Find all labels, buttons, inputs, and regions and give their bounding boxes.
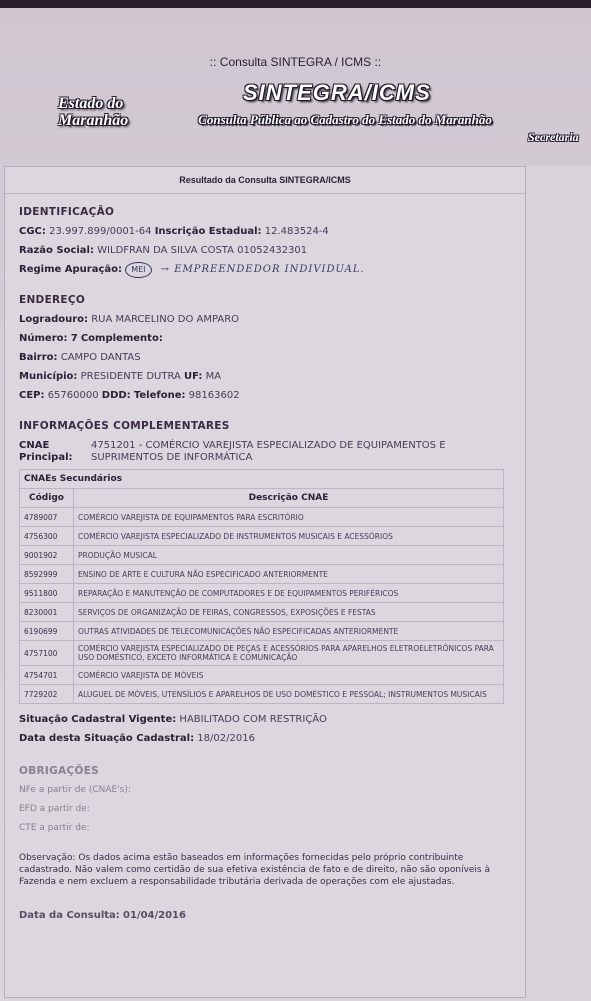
cnae-code: 9511800: [20, 584, 74, 603]
situacao-data-label: Data desta Situação Cadastral:: [19, 733, 194, 744]
complemento-label: Complemento:: [81, 333, 163, 344]
cnae-description: OUTRAS ATIVIDADES DE TELECOMUNICAÇÕES NÃ…: [74, 622, 504, 641]
razao-value: WILDFRAN DA SILVA COSTA 01052432301: [97, 245, 307, 256]
col-codigo: Código: [20, 489, 74, 508]
logradouro-value: RUA MARCELINO DO AMPARO: [91, 314, 239, 325]
municipio-label: Município:: [19, 371, 77, 382]
cgc-row: CGC: 23.997.899/0001-64 Inscrição Estadu…: [19, 222, 514, 241]
cnae-description: COMÉRCIO VAREJISTA DE EQUIPAMENTOS PARA …: [74, 508, 504, 527]
situacao-label: Situação Cadastral Vigente:: [19, 714, 176, 725]
telefone-label: Telefone:: [134, 390, 186, 401]
cnae-code: 6190699: [20, 622, 74, 641]
page-subtitle: Consulta Pública ao Cadastro do Estado d…: [165, 112, 525, 127]
ie-label: Inscrição Estadual:: [155, 226, 262, 237]
secretaria-link[interactable]: Secretaria: [528, 130, 579, 145]
ddd-label: DDD:: [102, 390, 131, 401]
cnae-code: 8592999: [20, 565, 74, 584]
data-consulta-row: Data da Consulta: 01/04/2016: [19, 906, 514, 925]
consulta-title: :: Consulta SINTEGRA / ICMS ::: [0, 55, 591, 69]
top-edge: [0, 0, 591, 8]
ie-value: 12.483524-4: [265, 226, 329, 237]
cnae-secundarios-title: CNAEs Secundários: [20, 470, 504, 489]
cnae-code: 4757100: [20, 641, 74, 666]
table-row: 9511800REPARAÇÃO E MANUTENÇÃO DE COMPUTA…: [20, 584, 504, 603]
municipio-value: PRESIDENTE DUTRA: [81, 371, 181, 382]
cnae-principal-value: 4751201 - COMÉRCIO VAREJISTA ESPECIALIZA…: [91, 440, 501, 464]
cgc-label: CGC:: [19, 226, 46, 237]
cnae-description: SERVIÇOS DE ORGANIZAÇÃO DE FEIRAS, CONGR…: [74, 603, 504, 622]
situacao-value: HABILITADO COM RESTRIÇÃO: [179, 714, 326, 725]
col-descricao: Descrição CNAE: [74, 489, 504, 508]
result-content: IDENTIFICAÇÃO CGC: 23.997.899/0001-64 In…: [19, 203, 514, 925]
table-row: 4757100COMÉRCIO VAREJISTA ESPECIALIZADO …: [20, 641, 504, 666]
situacao-data-row: Data desta Situação Cadastral: 18/02/201…: [19, 729, 514, 748]
situacao-row: Situação Cadastral Vigente: HABILITADO C…: [19, 710, 514, 729]
numero-row: Número: 7 Complemento:: [19, 329, 514, 348]
bairro-label: Bairro:: [19, 352, 58, 363]
cnae-principal-label-2: Principal:: [19, 452, 91, 464]
table-row: 6190699OUTRAS ATIVIDADES DE TELECOMUNICA…: [20, 622, 504, 641]
cnae-rows: 4789007COMÉRCIO VAREJISTA DE EQUIPAMENTO…: [20, 508, 504, 704]
cnae-description: COMÉRCIO VAREJISTA ESPECIALIZADO DE PEÇA…: [74, 641, 504, 666]
cnae-description: PRODUÇÃO MUSICAL: [74, 546, 504, 565]
cnae-secundarios-table: CNAEs Secundários Código Descrição CNAE …: [19, 469, 504, 704]
efd-row: EFD a partir de:: [19, 800, 514, 819]
table-row: 4754701COMÉRCIO VAREJISTA DE MÓVEIS: [20, 666, 504, 685]
table-row: 4756300COMÉRCIO VAREJISTA ESPECIALIZADO …: [20, 527, 504, 546]
result-title: Resultado da Consulta SINTEGRA/ICMS: [5, 167, 525, 194]
cgc-value: 23.997.899/0001-64: [49, 226, 151, 237]
observacao-text: Observação: Os dados acima estão baseado…: [19, 852, 504, 888]
cnae-description: ALUGUEL DE MÓVEIS, UTENSÍLIOS E APARELHO…: [74, 685, 504, 704]
table-row: 9001902PRODUÇÃO MUSICAL: [20, 546, 504, 565]
cnae-code: 8230001: [20, 603, 74, 622]
result-panel: Resultado da Consulta SINTEGRA/ICMS IDEN…: [4, 166, 526, 998]
sintegra-logo: SINTEGRA/ICMS: [243, 80, 431, 106]
table-row: 7729202ALUGUEL DE MÓVEIS, UTENSÍLIOS E A…: [20, 685, 504, 704]
section-obrigacoes: OBRIGAÇÕES: [19, 762, 514, 781]
logradouro-label: Logradouro:: [19, 314, 88, 325]
uf-label: UF:: [184, 371, 202, 382]
cnae-description: REPARAÇÃO E MANUTENÇÃO DE COMPUTADORES E…: [74, 584, 504, 603]
cnae-code: 4756300: [20, 527, 74, 546]
estado-line-2: Maranhão: [58, 112, 128, 129]
cep-row: CEP: 65760000 DDD: Telefone: 98163602: [19, 386, 514, 405]
regime-label: Regime Apuração:: [19, 264, 122, 275]
nfe-row: NFe a partir de (CNAE's):: [19, 781, 514, 800]
section-endereco: ENDEREÇO: [19, 291, 514, 310]
table-row: 8230001SERVIÇOS DE ORGANIZAÇÃO DE FEIRAS…: [20, 603, 504, 622]
cnae-description: COMÉRCIO VAREJISTA ESPECIALIZADO DE INST…: [74, 527, 504, 546]
regime-row: Regime Apuração: MEI → EMPREENDEDOR INDI…: [19, 260, 514, 279]
cnae-principal-label-1: CNAE: [19, 440, 91, 452]
estado-logo: Estado do Maranhão: [58, 95, 128, 129]
cnae-description: COMÉRCIO VAREJISTA DE MÓVEIS: [74, 666, 504, 685]
cnae-code: 7729202: [20, 685, 74, 704]
razao-label: Razão Social:: [19, 245, 94, 256]
estado-line-1: Estado do: [58, 95, 128, 112]
bairro-row: Bairro: CAMPO DANTAS: [19, 348, 514, 367]
table-row: 8592999ENSINO DE ARTE E CULTURA NÃO ESPE…: [20, 565, 504, 584]
numero-value: 7: [71, 333, 78, 344]
data-consulta-label: Data da Consulta:: [19, 910, 120, 921]
cnae-code: 9001902: [20, 546, 74, 565]
telefone-value: 98163602: [189, 390, 240, 401]
cnae-principal-row: CNAE Principal: 4751201 - COMÉRCIO VAREJ…: [19, 440, 514, 464]
handwritten-note: → EMPREENDEDOR INDIVIDUAL.: [161, 264, 365, 275]
cnae-code: 4789007: [20, 508, 74, 527]
section-complementares: INFORMAÇÕES COMPLEMENTARES: [19, 417, 514, 436]
table-row: 4789007COMÉRCIO VAREJISTA DE EQUIPAMENTO…: [20, 508, 504, 527]
uf-value: MA: [206, 371, 221, 382]
situacao-data-value: 18/02/2016: [197, 733, 255, 744]
numero-label: Número:: [19, 333, 68, 344]
cte-row: CTE a partir de:: [19, 819, 514, 838]
cnae-principal-label: CNAE Principal:: [19, 440, 91, 464]
bairro-value: CAMPO DANTAS: [61, 352, 141, 363]
right-margin: [526, 166, 591, 1001]
cnae-description: ENSINO DE ARTE E CULTURA NÃO ESPECIFICAD…: [74, 565, 504, 584]
cep-label: CEP:: [19, 390, 45, 401]
section-identificacao: IDENTIFICAÇÃO: [19, 203, 514, 222]
regime-value: MEI: [125, 262, 151, 278]
municipio-row: Município: PRESIDENTE DUTRA UF: MA: [19, 367, 514, 386]
logradouro-row: Logradouro: RUA MARCELINO DO AMPARO: [19, 310, 514, 329]
data-consulta-value: 01/04/2016: [123, 910, 186, 921]
cnae-code: 4754701: [20, 666, 74, 685]
razao-row: Razão Social: WILDFRAN DA SILVA COSTA 01…: [19, 241, 514, 260]
cep-value: 65760000: [48, 390, 99, 401]
